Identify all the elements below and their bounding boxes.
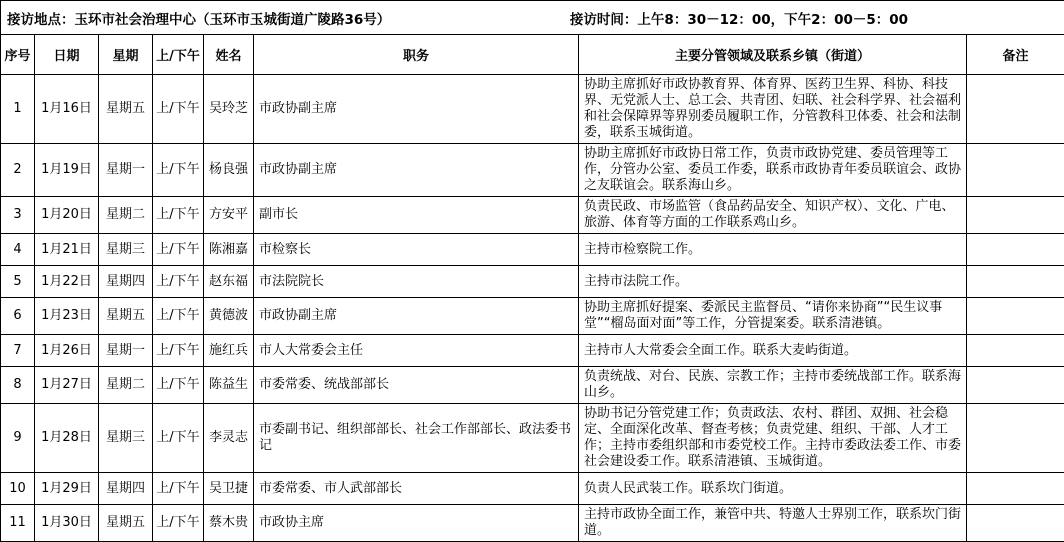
cell-duties: 负责人民武装工作。联系坎门街道。 (579, 473, 967, 505)
cell-remark (967, 367, 1064, 404)
cell-remark (967, 234, 1064, 266)
cell-position: 市法院院长 (254, 266, 579, 298)
header-cell-name: 姓名 (204, 35, 254, 75)
cell-session: 上/下午 (153, 197, 204, 234)
cell-session: 上/下午 (153, 234, 204, 266)
cell-index: 1 (1, 75, 35, 144)
table-row: 11月16日星期五上/下午吴玲芝市政协副主席协助主席抓好市政协教育界、体育界、医… (1, 75, 1064, 144)
cell-index: 6 (1, 298, 35, 335)
cell-name: 施红兵 (204, 335, 254, 367)
cell-session: 上/下午 (153, 505, 204, 542)
cell-index: 5 (1, 266, 35, 298)
cell-duties: 协助书记分管党建工作；负责政法、农村、群团、双拥、社会稳定、全面深化改革、督查考… (579, 404, 967, 473)
cell-index: 4 (1, 234, 35, 266)
table-row: 21月19日星期一上/下午杨良强市政协副主席协助主席抓好市政协日常工作，负责市政… (1, 144, 1064, 197)
cell-date: 1月23日 (35, 298, 99, 335)
table-row: 101月29日星期四上/下午吴卫捷市委常委、市人武部部长负责人民武装工作。联系坎… (1, 473, 1064, 505)
cell-session: 上/下午 (153, 473, 204, 505)
reception-location-title: 接访地点：玉环市社会治理中心（玉环市玉城街道广陵路36号） (7, 8, 390, 28)
cell-index: 3 (1, 197, 35, 234)
cell-remark (967, 197, 1064, 234)
schedule-sheet: 接访地点：玉环市社会治理中心（玉环市玉城街道广陵路36号） 接访时间：上午8：3… (0, 0, 1064, 542)
cell-position: 市委副书记、组织部部长、社会工作部部长、政法委书记 (254, 404, 579, 473)
title-cell: 接访地点：玉环市社会治理中心（玉环市玉城街道广陵路36号） 接访时间：上午8：3… (1, 1, 1064, 35)
cell-session: 上/下午 (153, 298, 204, 335)
cell-date: 1月20日 (35, 197, 99, 234)
cell-index: 11 (1, 505, 35, 542)
cell-weekday: 星期一 (99, 335, 153, 367)
cell-weekday: 星期四 (99, 473, 153, 505)
cell-date: 1月30日 (35, 505, 99, 542)
header-cell-date: 日期 (35, 35, 99, 75)
header-cell-session: 上/下午 (153, 35, 204, 75)
cell-weekday: 星期一 (99, 144, 153, 197)
cell-name: 陈益生 (204, 367, 254, 404)
cell-date: 1月27日 (35, 367, 99, 404)
cell-date: 1月26日 (35, 335, 99, 367)
header-cell-remark: 备注 (967, 35, 1064, 75)
cell-name: 吴玲芝 (204, 75, 254, 144)
table-row: 71月26日星期一上/下午施红兵市人大常委会主任主持市人大常委会全面工作。联系大… (1, 335, 1064, 367)
cell-index: 8 (1, 367, 35, 404)
cell-duties: 主持市检察院工作。 (579, 234, 967, 266)
table-row: 41月21日星期三上/下午陈湘嘉市检察长主持市检察院工作。 (1, 234, 1064, 266)
cell-position: 市人大常委会主任 (254, 335, 579, 367)
reception-schedule-table: 接访地点：玉环市社会治理中心（玉环市玉城街道广陵路36号） 接访时间：上午8：3… (0, 0, 1064, 542)
cell-session: 上/下午 (153, 335, 204, 367)
cell-remark (967, 75, 1064, 144)
cell-index: 10 (1, 473, 35, 505)
cell-position: 副市长 (254, 197, 579, 234)
cell-weekday: 星期三 (99, 404, 153, 473)
cell-duties: 主持市政协全面工作，兼管中共、特邀人士界别工作，联系坎门街道。 (579, 505, 967, 542)
cell-weekday: 星期三 (99, 234, 153, 266)
table-row: 51月22日星期四上/下午赵东福市法院院长主持市法院工作。 (1, 266, 1064, 298)
cell-name: 赵东福 (204, 266, 254, 298)
cell-name: 吴卫捷 (204, 473, 254, 505)
cell-weekday: 星期二 (99, 197, 153, 234)
cell-weekday: 星期五 (99, 505, 153, 542)
cell-weekday: 星期五 (99, 75, 153, 144)
cell-position: 市委常委、市人武部部长 (254, 473, 579, 505)
table-row: 111月30日星期五上/下午蔡木贵市政协主席主持市政协全面工作，兼管中共、特邀人… (1, 505, 1064, 542)
cell-name: 李灵志 (204, 404, 254, 473)
cell-remark (967, 335, 1064, 367)
header-cell-position: 职务 (254, 35, 579, 75)
cell-session: 上/下午 (153, 75, 204, 144)
header-cell-weekday: 星期 (99, 35, 153, 75)
reception-time-title: 接访时间：上午8：30－12：00，下午2：00－5：00 (570, 8, 908, 28)
header-cell-index: 序号 (1, 35, 35, 75)
cell-name: 陈湘嘉 (204, 234, 254, 266)
cell-remark (967, 404, 1064, 473)
cell-weekday: 星期二 (99, 367, 153, 404)
cell-date: 1月29日 (35, 473, 99, 505)
cell-remark (967, 298, 1064, 335)
header-row: 序号 日期 星期 上/下午 姓名 职务 主要分管领域及联系乡镇（街道） 备注 (1, 35, 1064, 75)
cell-duties: 负责统战、对台、民族、宗教工作；主持市委统战部工作。联系海山乡。 (579, 367, 967, 404)
cell-index: 7 (1, 335, 35, 367)
cell-position: 市委常委、统战部部长 (254, 367, 579, 404)
cell-remark (967, 473, 1064, 505)
cell-session: 上/下午 (153, 367, 204, 404)
cell-remark (967, 144, 1064, 197)
cell-name: 蔡木贵 (204, 505, 254, 542)
header-cell-duties: 主要分管领域及联系乡镇（街道） (579, 35, 967, 75)
cell-date: 1月21日 (35, 234, 99, 266)
cell-date: 1月28日 (35, 404, 99, 473)
cell-name: 黄德波 (204, 298, 254, 335)
cell-position: 市政协副主席 (254, 144, 579, 197)
cell-remark (967, 505, 1064, 542)
cell-session: 上/下午 (153, 144, 204, 197)
table-row: 91月28日星期三上/下午李灵志市委副书记、组织部部长、社会工作部部长、政法委书… (1, 404, 1064, 473)
cell-duties: 主持市法院工作。 (579, 266, 967, 298)
cell-date: 1月19日 (35, 144, 99, 197)
schedule-body: 11月16日星期五上/下午吴玲芝市政协副主席协助主席抓好市政协教育界、体育界、医… (1, 75, 1064, 542)
cell-weekday: 星期四 (99, 266, 153, 298)
cell-position: 市政协副主席 (254, 298, 579, 335)
cell-date: 1月16日 (35, 75, 99, 144)
cell-remark (967, 266, 1064, 298)
cell-position: 市检察长 (254, 234, 579, 266)
title-row: 接访地点：玉环市社会治理中心（玉环市玉城街道广陵路36号） 接访时间：上午8：3… (1, 1, 1064, 35)
cell-session: 上/下午 (153, 404, 204, 473)
cell-name: 杨良强 (204, 144, 254, 197)
cell-position: 市政协副主席 (254, 75, 579, 144)
table-row: 61月23日星期五上/下午黄德波市政协副主席协助主席抓好提案、委派民主监督员、“… (1, 298, 1064, 335)
table-row: 31月20日星期二上/下午方安平副市长负责民政、市场监管（食品药品安全、知识产权… (1, 197, 1064, 234)
cell-weekday: 星期五 (99, 298, 153, 335)
cell-duties: 主持市人大常委会全面工作。联系大麦屿街道。 (579, 335, 967, 367)
cell-duties: 协助主席抓好市政协教育界、体育界、医药卫生界、科协、科技界、无党派人士、总工会、… (579, 75, 967, 144)
cell-duties: 负责民政、市场监管（食品药品安全、知识产权）、文化、广电、旅游、体育等方面的工作… (579, 197, 967, 234)
cell-position: 市政协主席 (254, 505, 579, 542)
cell-session: 上/下午 (153, 266, 204, 298)
cell-name: 方安平 (204, 197, 254, 234)
cell-index: 2 (1, 144, 35, 197)
cell-duties: 协助主席抓好市政协日常工作，负责市政协党建、委员管理等工作，分管办公室、委员工作… (579, 144, 967, 197)
table-row: 81月27日星期二上/下午陈益生市委常委、统战部部长负责统战、对台、民族、宗教工… (1, 367, 1064, 404)
cell-index: 9 (1, 404, 35, 473)
cell-date: 1月22日 (35, 266, 99, 298)
cell-duties: 协助主席抓好提案、委派民主监督员、“请你来协商”“民生议事堂”“榴岛面对面”等工… (579, 298, 967, 335)
